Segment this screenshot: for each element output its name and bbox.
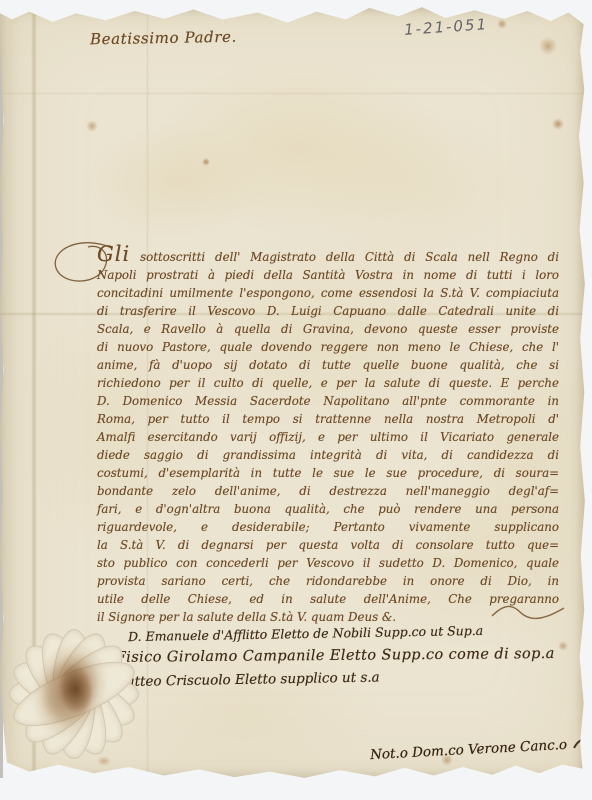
manuscript-line: bondante zelo dell'anime, di destrezza n… (97, 482, 559, 500)
manuscript-line: richiedono per il culto di quelle, e per… (97, 374, 559, 392)
decorated-initial: Gli (97, 242, 130, 266)
signature-line: Dr. Fisico Girolamo Campanile Eletto Sup… (88, 646, 555, 666)
manuscript-line: Gli sottoscritti dell' Magistrato della … (97, 248, 559, 266)
manuscript-line-text: sottoscritti dell' Magistrato della Citt… (140, 250, 559, 264)
manuscript-line: costumi, d'esemplarità in tutte le sue l… (97, 464, 559, 482)
manuscript-line: anime, fà d'uopo sij dotato di tutte que… (97, 356, 559, 374)
archival-number: 1-21-051 (403, 15, 488, 39)
manuscript-line: di nuovo Pastore, quale dovendo reggere … (97, 338, 559, 356)
manuscript-line: riguardevole, e desiderabile; Pertanto v… (97, 518, 559, 536)
manuscript-line: Napoli prostrati à piedi della Santità V… (97, 266, 559, 284)
manuscript-line: Scala, e Ravello à quella di Gravina, de… (97, 320, 559, 338)
letter-body: Gli sottoscritti dell' Magistrato della … (97, 248, 559, 626)
paper-wafer-seal (0, 614, 154, 772)
manuscript-line: la S.tà V. di degnarsi per questa volta … (97, 536, 559, 554)
signature-line: D. Emanuele d'Afflitto Eletto de Nobili … (128, 623, 483, 644)
manuscript-line: sto publico con concederli per Vescovo i… (97, 554, 559, 572)
notary-signature: Not.o Dom.co Verone Canc.o (370, 735, 586, 764)
horizontal-fold-crease (0, 92, 586, 95)
manuscript-page: Beatissimo Padre. 1-21-051 Gli sottoscri… (0, 4, 586, 781)
manuscript-line: D. Domenico Messia Sacerdote Napolitano … (97, 392, 559, 410)
manuscript-line: concitadini umilmente l'espongono, come … (97, 284, 559, 302)
calligraphic-flourish (571, 734, 592, 754)
manuscript-line: utile delle Chiese, ed in salute dell'An… (97, 590, 559, 608)
manuscript-line: fari, e d'ogn'altra buona qualità, che p… (97, 500, 559, 518)
manuscript-line: provista sariano certi, che ridondarebbe… (97, 572, 559, 590)
manuscript-line: Roma, per tutto il tempo si trattenne ne… (97, 410, 559, 428)
manuscript-line: il Signore per la salute della S.tà V. q… (97, 608, 559, 626)
notary-signature-text: Not.o Dom.co Verone Canc.o (370, 737, 568, 763)
salutation: Beatissimo Padre. (90, 28, 237, 49)
manuscript-line: Amalfi esercitando varij offizij, e per … (97, 428, 559, 446)
manuscript-line: diede saggio di grandissima integrità di… (97, 446, 559, 464)
manuscript-line: di trasferire il Vescovo D. Luigi Capuan… (97, 302, 559, 320)
